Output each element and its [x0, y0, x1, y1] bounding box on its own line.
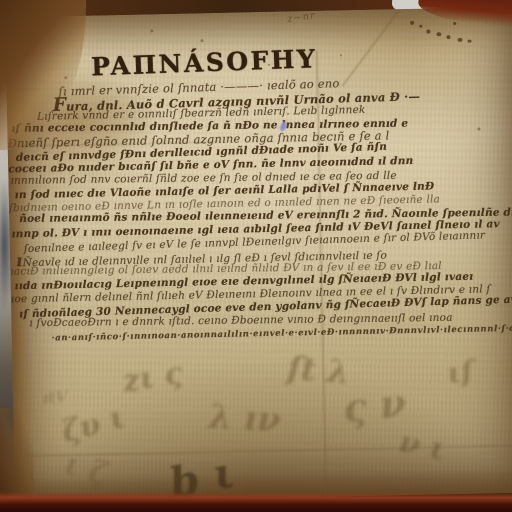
ghost-mark: ς ν — [341, 379, 408, 431]
ghost-mark: ιſ — [446, 354, 476, 390]
speck — [477, 127, 480, 130]
ink-dot — [468, 40, 472, 43]
ink-dot — [410, 21, 414, 25]
speck — [150, 29, 153, 32]
speck — [340, 54, 342, 56]
speck — [268, 64, 270, 66]
photo-frame: z~nr PAΠNÁSOFHY ſı ımrl er vnnſzie ol ſn… — [0, 0, 512, 512]
speck — [200, 39, 203, 42]
ghost-mark: ıtV — [42, 388, 67, 407]
ink-dot — [446, 35, 450, 39]
ghost-mark: ſt λ — [286, 348, 351, 391]
ink-dot — [457, 38, 462, 42]
speck — [64, 76, 67, 79]
ink-dot — [453, 22, 456, 25]
diagonal-crease — [342, 9, 401, 87]
table-edge-bottom — [0, 492, 512, 512]
document-title: PAΠNÁSOFHY — [91, 45, 318, 81]
ink-dot — [419, 25, 422, 28]
ghost-mark: λ ıν — [207, 397, 281, 440]
ink-dot — [436, 32, 441, 36]
ghost-mark: zι ς — [120, 356, 185, 400]
ghost-mark: ζυ ι — [58, 400, 129, 450]
top-ink-mark: z~nr — [286, 11, 316, 25]
ink-dot — [426, 29, 430, 33]
ghost-mark: ν ι — [396, 425, 448, 468]
parchment-page: z~nr PAΠNÁSOFHY ſı ımrl er vnnſzie ol ſn… — [5, 7, 512, 504]
